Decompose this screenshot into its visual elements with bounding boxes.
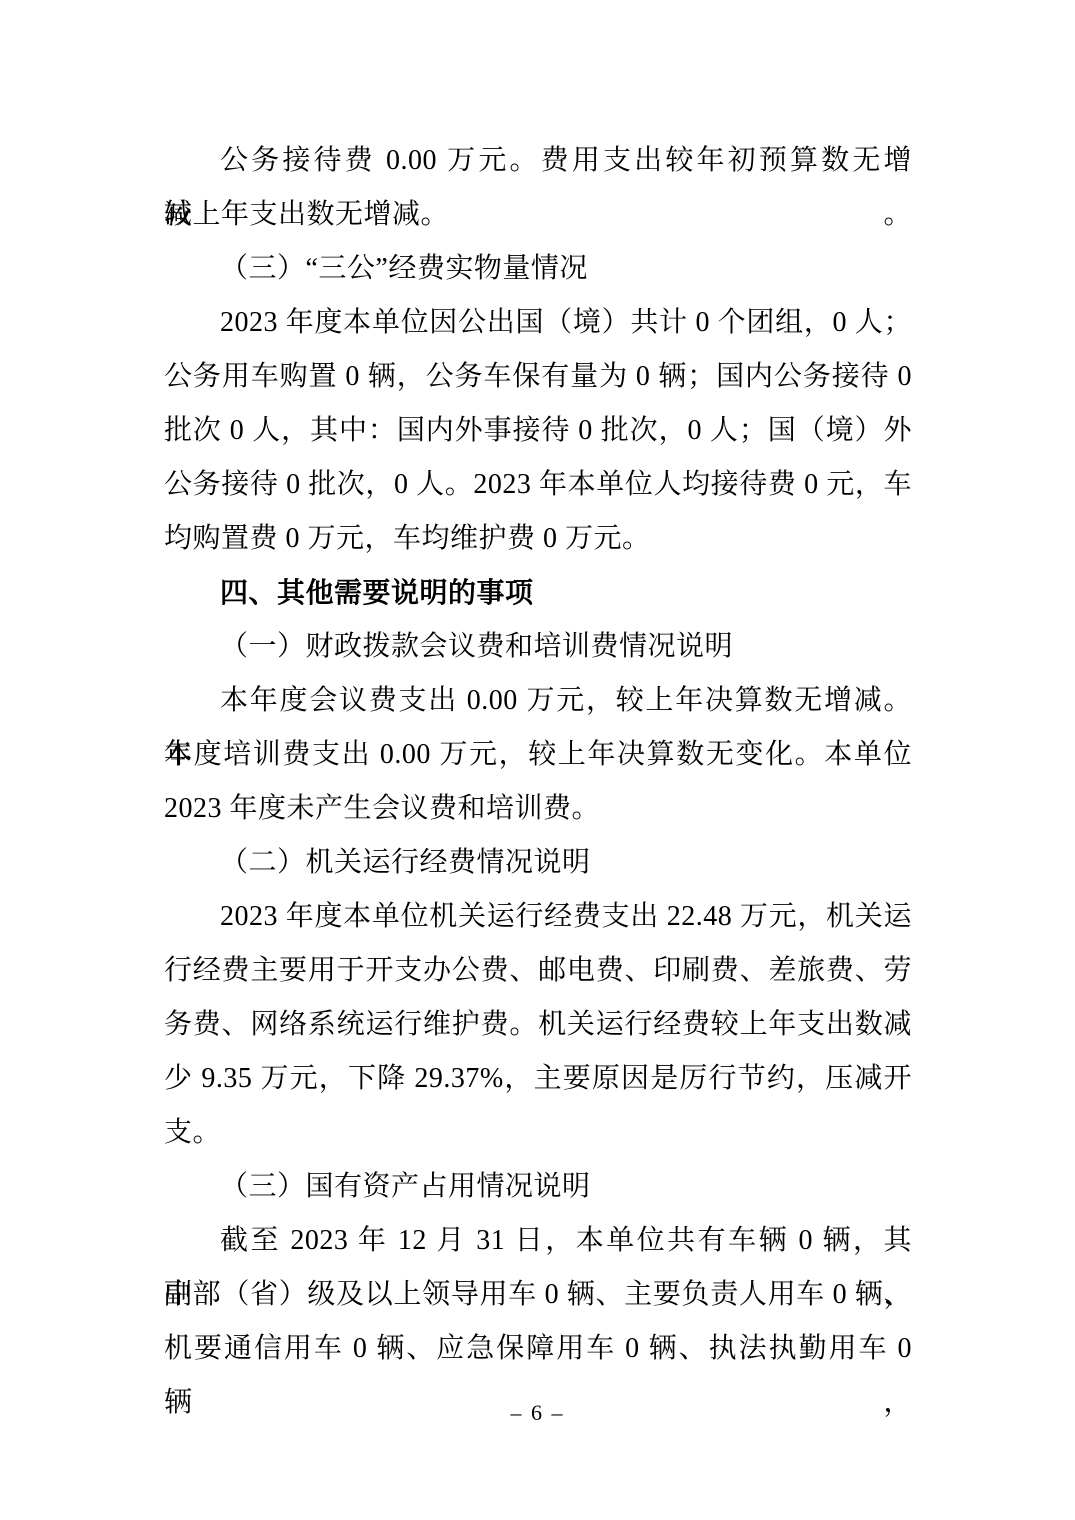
body-line: 务费、网络系统运行维护费。机关运行经费较上年支出数减 — [164, 998, 912, 1052]
document-page: 公务接待费 0.00 万元。费用支出较年初预算数无增减。 较上年支出数无增减。 … — [0, 0, 1075, 1520]
body-line: 公务接待 0 批次，0 人。2023 年本单位人均接待费 0 元，车 — [164, 458, 912, 512]
body-line: 公务用车购置 0 辆，公务车保有量为 0 辆；国内公务接待 0 — [164, 350, 912, 404]
body-line: 支。 — [164, 1106, 912, 1160]
document-body: 公务接待费 0.00 万元。费用支出较年初预算数无增减。 较上年支出数无增减。 … — [164, 134, 912, 1376]
body-line: 机要通信用车 0 辆、应急保障用车 0 辆、执法执勤用车 0 辆， — [164, 1322, 912, 1376]
subsection-heading: （一）财政拨款会议费和培训费情况说明 — [164, 620, 912, 674]
page-number: – 6 – — [0, 1398, 1075, 1428]
subsection-heading: （三）“三公”经费实物量情况 — [164, 242, 912, 296]
body-line: 批次 0 人，其中：国内外事接待 0 批次，0 人；国（境）外 — [164, 404, 912, 458]
body-line: 少 9.35 万元，下降 29.37%，主要原因是厉行节约，压减开 — [164, 1052, 912, 1106]
body-line: 2023 年度本单位因公出国（境）共计 0 个团组，0 人； — [164, 296, 912, 350]
body-line: 行经费主要用于开支办公费、邮电费、印刷费、差旅费、劳 — [164, 944, 912, 998]
body-line: 本年度会议费支出 0.00 万元，较上年决算数无增减。本 — [164, 674, 912, 728]
subsection-heading: （三）国有资产占用情况说明 — [164, 1160, 912, 1214]
body-line: 副部（省）级及以上领导用车 0 辆、主要负责人用车 0 辆、 — [164, 1268, 912, 1322]
body-line: 2023 年度未产生会议费和培训费。 — [164, 782, 912, 836]
body-line: 截至 2023 年 12 月 31 日，本单位共有车辆 0 辆，其中， — [164, 1214, 912, 1268]
section-heading: 四、其他需要说明的事项 — [164, 566, 912, 620]
body-line: 2023 年度本单位机关运行经费支出 22.48 万元，机关运 — [164, 890, 912, 944]
body-line: 均购置费 0 万元，车均维护费 0 万元。 — [164, 512, 912, 566]
subsection-heading: （二）机关运行经费情况说明 — [164, 836, 912, 890]
body-line: 公务接待费 0.00 万元。费用支出较年初预算数无增减。 — [164, 134, 912, 188]
body-line: 年度培训费支出 0.00 万元，较上年决算数无变化。本单位 — [164, 728, 912, 782]
